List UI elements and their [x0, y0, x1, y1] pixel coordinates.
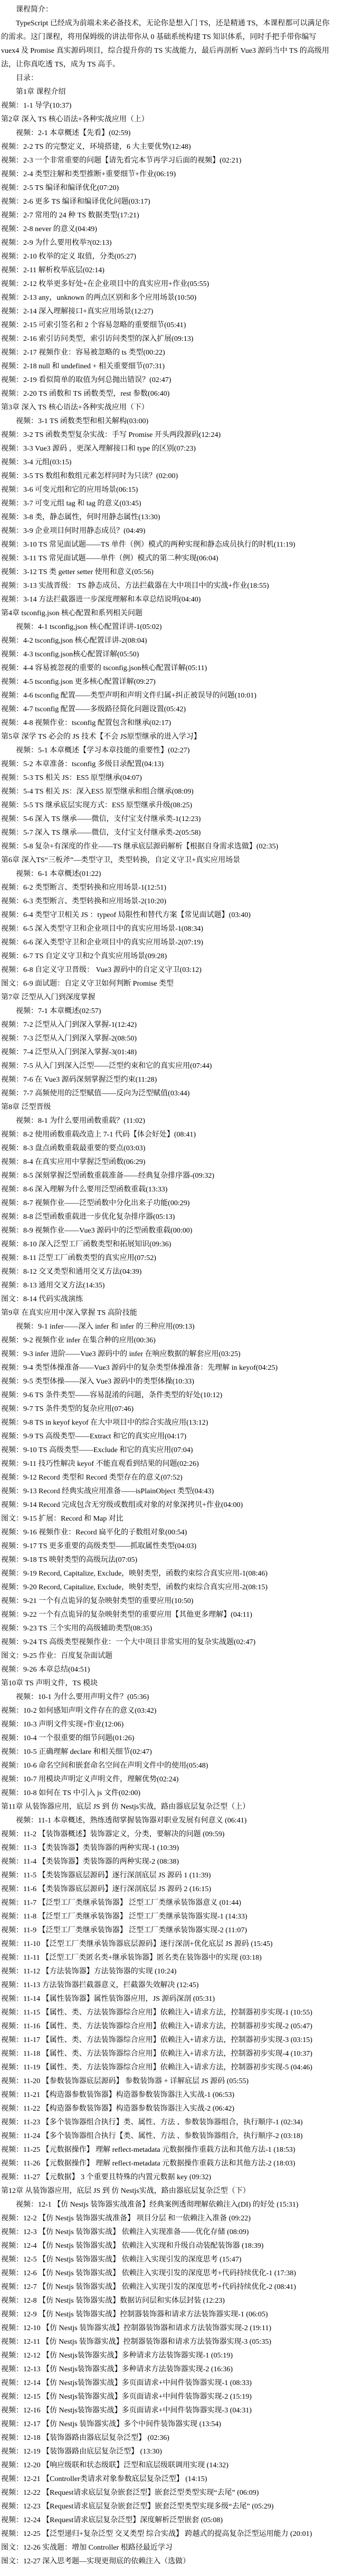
lesson-line: 图文：8-14 代码实战演练 — [1, 1293, 341, 1306]
lesson-line: 视频：2-19 看似简单的取值为何总抛出错误？(02:47) — [1, 374, 341, 387]
lesson-line: 视频：12-1 【仿 Nestjs 装饰器实战准备】经典案例透彻理解依赖注入(D… — [1, 2198, 341, 2212]
lesson-line: 视频：4-7 tsconfig 配置——多级路径简化问题设置(05:42) — [1, 703, 341, 717]
lesson-line: 视频：11-26 【元数据操作】 理解 reflect-metadata 元数据… — [1, 2157, 341, 2171]
lesson-line: 视频：11-25 【元数据操作】 理解 reflect-metadata 元数据… — [1, 2143, 341, 2157]
lesson-line: 视频：11-21 【构造器参数装饰器】构造器参数装饰器注入实战-1 (06:53… — [1, 2088, 341, 2102]
lesson-line: 视频：9-9 TS 高级类型——Extract 和它的真实应用(04:17) — [1, 1430, 341, 1444]
chapter-title: 第1章 课程介绍 — [1, 85, 341, 99]
lesson-line: 视频：8-6 深入理解为什么要用泛型函数重载(13:33) — [1, 1183, 341, 1197]
chapter-title: 第5章 深学 TS 必会的 JS 技术【不会 JS原型继承的进入学习】 — [1, 730, 341, 744]
lesson-line: 视频：12-11 【仿 Nestjs 装饰器实战】控制器装饰器和请求方法装饰器实… — [1, 2335, 341, 2349]
lesson-line: 视频：4-1 tsconfig,json 核心配置详讲-1(05:02) — [1, 621, 341, 634]
lesson-line: 视频：8-3 盘点函数重载最重要的要点(03:03) — [1, 1142, 341, 1156]
lesson-line: 视频：5-7 深入 TS 继承——微信，支付宝支付继承类-2(05:58) — [1, 826, 341, 840]
lesson-line: 视频：11-22 【构造器参数装饰器】构造器参数装饰器注入实战-2 (06:42… — [1, 2102, 341, 2116]
lesson-line: 视频：2-16 索引访问类型，索引访问类型的深入扩展(09:13) — [1, 332, 341, 346]
lesson-line: 视频：9-12 Record 类型和 Record 类型存在的意义(07:52) — [1, 1471, 341, 1485]
lesson-line: 视频：12-12 【仿 Nestjs装饰器实战】多种请求方法装饰器实现-1 (0… — [1, 2349, 341, 2363]
lesson-line: 视频：11-1 本章概述，熟练透彻掌握装饰器对职业发展有何意义 (06:41) — [1, 1814, 341, 1828]
lesson-line: 视频：5-8 复杂+有深度的作业——TS 继承底层源码解析【根据自身需求选做】(… — [1, 840, 341, 854]
lesson-line: 视频：6-8 自定义守卫晋级： Vue3 源码中的自定义守卫(03:12) — [1, 963, 341, 977]
lesson-line: 视频：9-19 Record, Capitalize, Exclude，映射类型… — [1, 1567, 341, 1581]
lesson-line: 视频：12-3 【仿 Nestjs 装饰器实战】 依赖注入实现准备——优化存储 … — [1, 2226, 341, 2239]
lesson-line: 视频：8-5 深刻掌握泛型函数重载准备——经典复杂排序器-(09:32) — [1, 1169, 341, 1183]
lesson-line: 视频：2-8 never 的意义(04:49) — [1, 223, 341, 236]
lesson-line: 视频：11-10 【泛型工厂类继承装饰器底层源码】逐行深剖+优化底层 JS 源码… — [1, 1938, 341, 1951]
chapter-title: 第10章 TS 声明文件，TS 模块 — [1, 1677, 341, 1691]
lesson-line: 视频：11-11 【泛型工厂类匿名类+继承装饰器】匿名类在装饰器中的实现 (03… — [1, 1951, 341, 1965]
lesson-line: 视频：3-2 TS 函数类型复杂实战：手写 Promise 开头两段源码(12:… — [1, 428, 341, 442]
lesson-line: 视频：12-24 【Request请求底层复杂泛型】深度解析泛型嵌套 (05:0… — [1, 2514, 341, 2527]
intro-line: 的需求。这门课程，将用保姆级的讲法带你从 0 基础系统构建 TS 知识体系，同时… — [1, 31, 341, 44]
lesson-line: 视频：6-7 TS 自定义守卫和2个真实应用场景(09:28) — [1, 950, 341, 963]
lesson-line: 视频：9-10 TS 高级类型——Exclude 和它的真实应用(07:04) — [1, 1444, 341, 1457]
lesson-line: 视频：7-3 泛型从入门到深入掌握-2(08:50) — [1, 1032, 341, 1046]
chapter-title: 第9章 在真实应用中深入掌握 TS 高阶技能 — [1, 1306, 341, 1320]
lesson-line: 视频：2-10 枚举的定义 取值，分类(05:27) — [1, 250, 341, 264]
lesson-line: 视频：9-5 类型体操——深入 Vue3 源码中的类型体操(10:33) — [1, 1375, 341, 1389]
lesson-line: 视频：9-6 TS 条件类型——容易混淆的问题，条件类型的好处(10:12) — [1, 1389, 341, 1403]
intro-heading: 课程简介： — [1, 3, 341, 17]
lesson-line: 视频：11-27 【元数据】 3 个重要且特殊的内置元数据 key (09:32… — [1, 2171, 341, 2184]
intro-line: 法，让你真吃透 TS，成为 TS 高手。 — [1, 58, 341, 72]
lesson-line: 视频：2-3 一个非常重要的问题【请先看完本节再学习后面的视频】(02:21) — [1, 154, 341, 168]
lesson-line: 图文：12-27 深入思考题—实现更彻底的依赖注入（选做） — [1, 2555, 341, 2569]
lesson-line: 视频：11-15 【属性、类、方法装饰器综合应用】依赖注入+请求方法，控制器初步… — [1, 2006, 341, 2020]
lesson-line: 视频：12-14 【仿 Nestjs装饰器实战】多页面请求+中间件装饰器实现-1… — [1, 2377, 341, 2390]
lesson-line: 视频：11-3 【类装饰器】类装饰器的两种实现-1 (10:39) — [1, 1842, 341, 1855]
chapter-title: 第6章 深入TS“三板斧”—类型守卫，类型转换，自定义守卫+真实应用场景 — [1, 854, 341, 867]
lesson-line: 视频：2-15 可索引签名和 2 个容易忽略的重要细节(05:41) — [1, 319, 341, 332]
lesson-line: 视频：5-3 TS 相关 JS：ES5 原型继承(04:07) — [1, 771, 341, 785]
lesson-line: 视频：3-1 TS 函数类型和相关解构(03:00) — [1, 415, 341, 428]
lesson-line: 视频：11-19 【属性、类、方法装饰器综合应用】依赖注入+请求方法，控制器初步… — [1, 2061, 341, 2075]
lesson-line: 视频：12-25 【泛型递归+复杂泛型 交叉类型 综合实战】 跨越式的提高复杂泛… — [1, 2527, 341, 2541]
lesson-line: 视频：8-1 为什么要用函数重载？(11:02) — [1, 1114, 341, 1128]
lesson-line: 视频：2-1 本章概述【先看】(02:59) — [1, 127, 341, 140]
lesson-line: 视频：11-18 【属性、类、方法装饰器综合应用】依赖注入+请求方法，控制器初步… — [1, 2047, 341, 2061]
lesson-line: 视频：5-4 TS 相关 JS：深入ES5 原型继承和组合继承(08:09) — [1, 785, 341, 799]
lesson-line: 视频：11-2 【装饰器概述】装饰器定义，分类，要解决的问题 (09:59) — [1, 1828, 341, 1842]
lesson-line: 视频：6-3 类型断言、类型转换和应用场景-2(10:20) — [1, 895, 341, 909]
lesson-line: 视频：7-7 高频使用的泛型赋值——反向为泛型赋值(03:44) — [1, 1087, 341, 1101]
lesson-line: 视频：6-2 类型断言、类型转换和应用场景-1(12:51) — [1, 881, 341, 895]
lesson-line: 视频：2-18 null 和 undefined + 相关重要细节(07:31) — [1, 360, 341, 374]
lesson-line: 视频：12-2 【仿 Nestjs 装饰器实战准备】 项目分层 和一依赖注入准备… — [1, 2212, 341, 2226]
lesson-line: 视频：11-20 【参数装饰器底层源码】 参数装饰器 + 详解底层 JS 源码 … — [1, 2075, 341, 2088]
lesson-line: 视频：3-11 TS 常见面试题——单件（例）模式的第二种实现(06:04) — [1, 552, 341, 566]
lesson-line: 视频：9-14 Record 完成包含无穷级或数组或对象的对象深拷贝+作业(04… — [1, 1499, 341, 1512]
lesson-line: 视频：2-6 更多 TS 编译和编译优化问题(03:17) — [1, 195, 341, 209]
lesson-line: 视频：10-6 命名空间和嵌套命名空间在声明文件中的使用(05:48) — [1, 1759, 341, 1773]
lesson-line: 视频：9-23 TS 三个实用的高级辅助类型(08:35) — [1, 1622, 341, 1636]
lesson-line: 视频：8-4 在真实应用中掌握泛型函数(06:29) — [1, 1156, 341, 1169]
lesson-line: 视频：12-15 【仿 Nestjs装饰器实战】多页面请求+中间件装饰器实现-2… — [1, 2390, 341, 2404]
lesson-line: 视频：11-7 【泛型工厂类继承装饰器】 泛型工厂类继承装饰器意义 (01:44… — [1, 1896, 341, 1910]
lesson-line: 视频：12-8 【仿 Nestjs 装饰器实战】数据访问层和实体层封装 (12:… — [1, 2294, 341, 2308]
lesson-line: 视频：2-12 枚举更多好处+在企业项目中的真实应用+作业(05:55) — [1, 278, 341, 291]
lesson-line: 视频：2-7 常用的 24 种 TS 数据类型(17:21) — [1, 209, 341, 223]
lesson-line: 视频：5-2 本章准备：tsconfig 多级目录配置(04:13) — [1, 758, 341, 771]
lesson-line: 视频：8-12 交叉类型和通用交叉方法(04:39) — [1, 1265, 341, 1279]
lesson-line: 视频：8-11 泛型工厂函数类型的真实应用(07:52) — [1, 1252, 341, 1265]
lesson-line: 视频：4-4 容易被忽视的重要的 tsconfig.json核心配置详解(05:… — [1, 662, 341, 675]
lesson-line: 视频：9-1 infer——深入 infer 和 infer 的三种应用(09:… — [1, 1320, 341, 1334]
lesson-line: 视频：4-8 视频作业：tsconfig 配置包含和继承(02:17) — [1, 717, 341, 730]
lesson-line: 视频：2-9 为什么要用枚举?(02:13) — [1, 236, 341, 250]
lesson-line: 视频：2-2 TS 的完整定义，环境搭建，6 大主要优势(12:48) — [1, 140, 341, 154]
lesson-line: 视频：7-6 在 Vue3 源码深刻掌握泛型约束(11:28) — [1, 1073, 341, 1087]
lesson-line: 视频：12-6 【仿 Nestjs 装饰器实战】 依赖注入实现引发的深度思考+代… — [1, 2267, 341, 2281]
lesson-line: 视频：11-6 【类装饰器底层源码】逐行深剖底层 JS 源码 2 (16:15) — [1, 1883, 341, 1896]
lesson-line: 视频：9-22 一个有点诡异的复杂映射类型的重要应用【其他更多理解】(04:11… — [1, 1608, 341, 1622]
lesson-line: 视频：10-1 为什么要用声明文件？(05:36) — [1, 1691, 341, 1704]
chapter-title: 第8章 泛型晋级 — [1, 1101, 341, 1114]
lesson-line: 视频：11-23 【多个装饰器组合执行】类、属性、方法 、参数装饰器组合，执行顺… — [1, 2116, 341, 2130]
lesson-line: 视频：10-7 用模块声明定义声明文件，理解优势(02:24) — [1, 1773, 341, 1787]
lesson-line: 视频：12-9 【仿 Nestjs 装饰器实战】控制器装饰器和请求方法装饰器实现… — [1, 2308, 341, 2322]
lesson-line: 视频：7-4 泛型从入门到深入掌握-3(01:48) — [1, 1046, 341, 1060]
lesson-line: 视频：4-2 tsconfig,json 核心配置详讲-2(08:04) — [1, 634, 341, 648]
lesson-line: 视频：3-5 TS 数组和数组元素怎样同时为只读？(02:00) — [1, 470, 341, 483]
lesson-line: 视频：9-17 TS 更多重要的高级类型——抓取属性类型(04:03) — [1, 1540, 341, 1553]
lesson-line: 视频：11-12 【方法装饰器】方法装饰器的实现 (10:24) — [1, 1965, 341, 1979]
lesson-line: 视频：3-7 可变元组 tag 和 tag 的意义(03:45) — [1, 497, 341, 511]
lesson-line: 视频：2-20 TS 函数和 TS 函数类型，rest 参数(06:40) — [1, 387, 341, 401]
lesson-line: 视频：4-3 tsconfig.json核心配置详解(05:50) — [1, 648, 341, 662]
lesson-line: 视频：9-8 TS in keyof keyof 在大中项目中的综合实战应用(1… — [1, 1416, 341, 1430]
lesson-line: 视频：3-8 类，静态属性，何时用静态属性(13:30) — [1, 511, 341, 524]
lesson-line: 视频：12-5 【仿 Nestjs 装饰器实战】 依赖注入实现引发的深度思考 (… — [1, 2253, 341, 2267]
lesson-line: 视频：7-2 泛型从入门到深入掌握-1(12:42) — [1, 1018, 341, 1032]
lesson-line: 视频：12-4 【仿 Nestjs 装饰器实战】 依赖注入实现和升级自动装配装饰… — [1, 2239, 341, 2253]
lesson-line: 视频：8-8 泛型函数重载进一步优化复杂排序器(05:13) — [1, 1210, 341, 1224]
lesson-line: 视频：9-18 TS 映射类型的高级玩法(07:05) — [1, 1553, 341, 1567]
lesson-line: 视频：2-14 深入理解接口+真实应用场景(12:27) — [1, 305, 341, 319]
lesson-line: 视频：12-23 【Request请求底层复杂嵌套泛型】嵌套泛型类型实现多级“去… — [1, 2500, 341, 2514]
lesson-line: 视频：9-24 TS 高级类型视频作业：一个大中项目非常实用的复杂实战题(02:… — [1, 1636, 341, 1649]
intro-line: TypeScript 已经成为前端未来必备技术，无论你是想入门 TS，还是精通 … — [1, 17, 341, 31]
lesson-line: 视频：9-4 类型体操准备——Vue3 源码中的复杂类型体操准备：先理解 in … — [1, 1361, 341, 1375]
course-outline-document: 课程简介：TypeScript 已经成为前端未来必备技术，无论你是想入门 TS，… — [0, 0, 343, 2576]
lesson-line: 视频：11-4 【类装饰器】类装饰器的两种实现-2 (08:38) — [1, 1855, 341, 1869]
lesson-line: 视频：11-17 【属性、类、方法装饰器综合应用】依赖注入+请求方法，控制器初步… — [1, 2034, 341, 2047]
lesson-line: 视频：8-10 深入泛型工厂函数类型和拓展知识(09:36) — [1, 1238, 341, 1252]
lesson-line: 视频：10-8 如何在 TS 中引入 js 文件(02:00) — [1, 1787, 341, 1800]
chapter-title: 第11章 从装饰器应用，底层 JS 到 仿 Nestjs实战，路由器底层复杂泛型… — [1, 1800, 341, 1814]
lesson-line: 视频：3-3 Vue3 源码 ，更深入理解接口和 type 的区别(07:23) — [1, 442, 341, 456]
lesson-line: 视频：10-2 如何感知声明文件存在的意义(03:42) — [1, 1704, 341, 1718]
lesson-line: 视频：8-7 视频作业——泛型函数中分化出来子功能(00:29) — [1, 1197, 341, 1210]
lesson-line: 图文：6-9 面试题：自定义守卫如何判断 Promise 类型 — [1, 977, 341, 991]
lesson-line: 视频：2-11 解析枚举底层(02:14) — [1, 264, 341, 278]
lesson-line: 视频：9-16 视频作业：Record 扁平化的子数组对象(00:54) — [1, 1526, 341, 1540]
lesson-line: 视频：11-24 【多个装饰器组合执行【类、属性、方法 、参数装饰器组合，执行顺… — [1, 2130, 341, 2143]
lesson-line: 视频：3-14 方法拦截器进一步深度理解和本章总结说明(04:40) — [1, 593, 341, 607]
lesson-line: 视频：7-5 从入门到深入泛型——泛型约束和它的真实应用(07:44) — [1, 1060, 341, 1073]
lesson-line: 视频：5-5 TS 继承底层实现方式：ES5 原型继承升级(08:25) — [1, 799, 341, 813]
lesson-line: 视频：9-26 本章总结(04:51) — [1, 1663, 341, 1677]
lesson-line: 视频：5-6 深入 TS 继承——微信，支付宝支付继承类-1(12:23) — [1, 813, 341, 826]
lesson-line: 视频：3-13 实战晋级： TS 静态成员、方法拦截器在大中项目中的实战+作业(… — [1, 579, 341, 593]
lesson-line: 视频：4-5 tsconfig.json 更多核心配置详解(09:27) — [1, 675, 341, 689]
lesson-line: 视频：12-17 【仿 Nestjs 装饰器实战】多个中间件装饰器实现 (13:… — [1, 2418, 341, 2431]
lesson-line: 视频：11-14 【属性装饰器】属性装饰器应用，JS 源码深剖 (05:31) — [1, 1992, 341, 2006]
lesson-line: 视频：2-4 类型注解和类型推断+重要细节+作业(06:19) — [1, 168, 341, 182]
lesson-line: 视频：3-10 TS 常见面试题——TS 单件（例）模式的两种实现和静态成员执行… — [1, 538, 341, 552]
lesson-line: 图文：9-15 扩展：Record 和 Map 对比 — [1, 1512, 341, 1526]
lesson-line: 视频：9-21 一个有点诡异的复杂映射类型的重要应用(10:50) — [1, 1595, 341, 1608]
lesson-line: 视频：12-19 【装饰器路由底层复杂泛型】 (13:30) — [1, 2445, 341, 2459]
lesson-line: 视频：11-13 方法装饰器拦截器意义，拦截器失效解决 (12:45) — [1, 1979, 341, 1992]
lesson-line: 视频：2-5 TS 编译和编译优化(07:20) — [1, 182, 341, 195]
lesson-line: 视频：3-4 元组(03:15) — [1, 456, 341, 470]
lesson-line: 视频：4-6 tsconfig 配置——类型声明和声明文件归属+纠正被误导的问题… — [1, 689, 341, 703]
lesson-line: 视频：6-4 类型守卫相关 JS ：typeof 局限性和替代方案【常见面试题】… — [1, 909, 341, 922]
lesson-line: 视频：12-13 【仿 Nestjs装饰器实战】多种请求方法装饰器实现-2 (1… — [1, 2363, 341, 2377]
lesson-line: 视频：11-16 【属性、类、方法装饰器综合应用】依赖注入+请求方法，控制器初步… — [1, 2020, 341, 2034]
lesson-line: 视频：12-20 【响应级联和状态级联】泛型和底层级联调用实现 (14:32) — [1, 2459, 341, 2473]
chapter-title: 第7章 泛型从入门到深度掌握 — [1, 991, 341, 1005]
lesson-line: 视频：12-16 【仿 Nestjs装饰器实战】多页面请求+中间件装饰器实现-3… — [1, 2404, 341, 2418]
chapter-title: 第12章 从装饰器应用，底层 JS 到 仿 Nestjs实战，路由器底层复杂泛型… — [1, 2184, 341, 2198]
toc-heading: 目录： — [1, 72, 341, 85]
lesson-line: 视频：8-2 使用函数重载改造上 7-1 代码【体会好处】(08:41) — [1, 1128, 341, 1142]
lesson-line: 视频：10-3 声明文件实现+作业(12:06) — [1, 1718, 341, 1732]
lesson-line: 视频：3-9 企业项目何时用静态成员？(04:49) — [1, 524, 341, 538]
lesson-line: 视频：9-2 视频作业 infer 在集合种的应用(00:36) — [1, 1334, 341, 1348]
lesson-line: 图文：12-26 实战题：增加 Controller 根路径最近学习 — [1, 2541, 341, 2555]
lesson-line: 视频：12-18 【装饰器路由器底层复杂泛型】 (02:36) — [1, 2431, 341, 2445]
lesson-line: 视频：11-5 【类装饰器底层源码】逐行深剖底层 JS 源码 1 (11:39) — [1, 1869, 341, 1883]
chapter-title: 第4章 tsconfig.json 核心配置和系列相关问题 — [1, 607, 341, 621]
chapter-title: 第2章 深入 TS 核心语法+各种实战应用（上） — [1, 113, 341, 127]
lesson-line: 视频：1-1 导学(10:37) — [1, 99, 341, 113]
lesson-line: 视频：9-11 技巧性解决 keyof 不能直观看到结果的问题(02:26) — [1, 1457, 341, 1471]
lesson-line: 视频：12-22 【Request请求底层复杂嵌套泛型】嵌套泛型类型实现“去尾”… — [1, 2486, 341, 2500]
lesson-line: 视频：2-13 any，unknown 的两点区别和多个应用场景(10:50) — [1, 291, 341, 305]
lesson-line: 视频：11-9 【泛型工厂类继承装饰器】 泛型工厂类继承装饰器实现-2 (11:… — [1, 1924, 341, 1938]
intro-line: vuex4 及 Promise 真实源码项目，综合提升你的 TS 实战能力，最后… — [1, 44, 341, 58]
lesson-line: 视频：9-7 TS 条件类型的复杂应用(07:46) — [1, 1403, 341, 1416]
lesson-line: 视频：2-17 视频作业：容易被忽略的 ts 类型(00:22) — [1, 346, 341, 360]
lesson-line: 视频：10-4 一个很重要的细节问题(01:26) — [1, 1732, 341, 1745]
lesson-line: 视频：8-13 通用交叉方法(14:35) — [1, 1279, 341, 1293]
lesson-line: 图文：9-25 作业：百度复杂面试题 — [1, 1649, 341, 1663]
lesson-line: 视频：10-5 正确理解 declare 和相关细节(02:47) — [1, 1745, 341, 1759]
lesson-line: 视频：12-7 【仿 Nestjs 装饰器实战】 依赖注入实现引发的深度思考+代… — [1, 2281, 341, 2294]
lesson-line: 视频：11-8 【泛型工厂类继承装饰器】 泛型工厂类继承装饰器实现-1 (14:… — [1, 1910, 341, 1924]
lesson-line: 视频：8-9 视频作业——Vue3 源码中的泛型函数重载(00:00) — [1, 1224, 341, 1238]
lesson-line: 视频：5-1 本章概述【学习本章技能的重要性】(02:27) — [1, 744, 341, 758]
lesson-line: 视频：9-13 Record 经典实战应用准备——isPlainObject 类… — [1, 1485, 341, 1499]
lesson-line: 视频：6-1 本章概述(01:22) — [1, 867, 341, 881]
lesson-line: 视频：7-1 本章概述(02:57) — [1, 1005, 341, 1018]
chapter-title: 第3章 深入 TS 核心语法+各种实战应用（下） — [1, 401, 341, 415]
lesson-line: 视频：9-3 infer 进阶——Vue3 源码中的 infer 在响应数据的解… — [1, 1348, 341, 1361]
lesson-line: 视频：12-21 【Controller类请求对象参数底层复杂泛型】 (14:1… — [1, 2473, 341, 2486]
lesson-line: 视频：3-6 可变元组和它的应用场景(06:15) — [1, 483, 341, 497]
lesson-line: 视频：9-20 Record, Capitalize, Exclude，映射类型… — [1, 1581, 341, 1595]
lesson-line: 视频：3-12 TS 类 getter setter 使用和意义(05:56) — [1, 566, 341, 579]
lesson-line: 视频：6-6 深入类型守卫和企业项目中的真实应用场景-2(07:19) — [1, 936, 341, 950]
lesson-line: 视频：12-10 【仿 Nestjs 装饰器实战】控制器装饰器和请求方法装饰器实… — [1, 2322, 341, 2335]
lesson-line: 视频：6-5 深入类型守卫和企业项目中的真实应用场景-1(08:34) — [1, 922, 341, 936]
